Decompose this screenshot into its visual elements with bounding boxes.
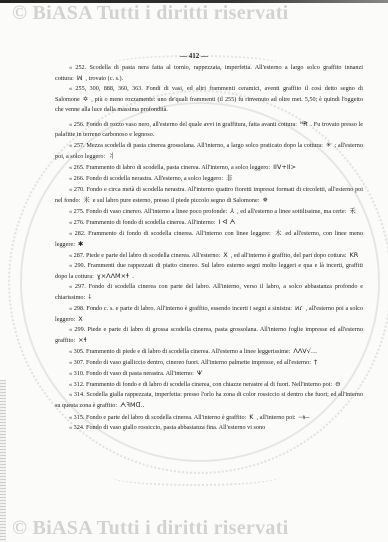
graffito-sign: I ᐊ ᗅ xyxy=(219,218,236,226)
entry-265: « 265. Frammento di labro di scodella, p… xyxy=(55,162,363,173)
graffito-sign: ✵ xyxy=(262,196,267,204)
entry-305: « 305. Frammento di piede e di labro di … xyxy=(55,346,363,357)
entry-312: « 312. Frammento di fondo e di labro di … xyxy=(55,379,363,390)
graffito-sign: ᴺꞦ xyxy=(300,120,308,128)
entry-314: « 314. Scodella gialla rappezzata, imper… xyxy=(55,390,363,411)
entry-298: « 298. Fondo c. s. e parte di labro. All… xyxy=(55,303,363,325)
graffito-sign: ⟞⟝ xyxy=(299,413,310,421)
graffito-sign: IIV+II> xyxy=(273,163,296,171)
entry-324: « 324. Fondo di vaso giallo rossiccio, p… xyxy=(55,423,363,433)
graffito-sign: ✳ xyxy=(326,141,331,149)
entry-266: « 266. Fondo di scodella nerastra. All'e… xyxy=(55,173,363,184)
entry-252: « 252. Scodella di pasta nera fatta al t… xyxy=(55,63,363,84)
graffito-sign: X xyxy=(223,251,227,259)
entry-315: « 315. Fondo e parte del labro di scodel… xyxy=(55,412,363,423)
graffito-sign: ⽊ xyxy=(274,229,283,237)
seal-arc-bottom xyxy=(110,468,280,486)
graffito-sign: ⸸ xyxy=(88,293,91,301)
copyright-watermark-top: © BiASA Tutti i diritti riservati xyxy=(12,2,289,25)
entry-287: « 287. Piede e parte del labro di scodel… xyxy=(55,250,363,261)
copyright-watermark-bottom: © BiASA Tutti i diritti riservati xyxy=(12,517,289,540)
graffito-sign: K xyxy=(249,413,253,421)
scan-left-edge xyxy=(0,380,6,542)
graffito-sign: ΛΛV√... xyxy=(293,347,317,355)
graffito-sign: ✱ xyxy=(78,240,83,248)
entry-275: « 275. Fondo di vaso cinereo. All'intern… xyxy=(55,206,363,217)
entry-257: « 257. Mezza scodella di pasta cinerea g… xyxy=(55,140,363,162)
graffito-sign: ᴎɾ xyxy=(295,304,303,312)
graffito-sign: X xyxy=(78,315,82,323)
entry-255: « 255, 300, 888, 360, 363. Fondi di vasi… xyxy=(55,84,363,115)
entry-282: « 282. Frammento di fondo di scodella ci… xyxy=(55,228,363,250)
entry-290: « 290. Frammenti due rappezzati di piatt… xyxy=(55,261,363,282)
entry-270: « 270. Fondo e circa metà di scodella ne… xyxy=(55,185,363,206)
graffito-sign: ɣ×ΛΛM×ɬ xyxy=(97,272,129,280)
graffito-sign: ⽶ xyxy=(83,196,90,204)
graffito-sign: Ѱ xyxy=(197,369,203,377)
graffito-sign: KR xyxy=(350,251,359,259)
graffito-sign: ×ɬ xyxy=(78,336,87,344)
page-number: — 412 — xyxy=(0,52,388,60)
graffito-sign: ⽲ xyxy=(349,207,356,215)
graffito-sign: ⊖ xyxy=(335,380,340,388)
entry-276: « 276. Frammento di fondo di scodella ci… xyxy=(55,217,363,228)
graffito-sign: ✡ xyxy=(83,95,88,103)
entry-297: « 297. Fondo di scodella cinerea con par… xyxy=(55,282,363,303)
graffito-sign: ᗅꟻMᗡ.. xyxy=(120,401,145,409)
entry-299: « 299. Piede e parte di labro di grossa … xyxy=(55,325,363,346)
graffito-sign: ⺦ xyxy=(108,152,115,160)
entry-256: « 256. Fondo di rozzo vaso nero, all'est… xyxy=(55,119,363,140)
graffito-sign: ꟽ xyxy=(77,74,83,82)
entry-307: « 307. Fondo di vaso gialliccio dentro, … xyxy=(55,357,363,368)
graffito-sign: ⾮ xyxy=(226,174,233,182)
document-body: « 252. Scodella di pasta nera fatta al t… xyxy=(55,63,363,433)
entry-310: « 310. Fondo di vaso di pasta nerastra. … xyxy=(55,368,363,379)
graffito-sign: † xyxy=(314,358,317,366)
graffito-sign: ⅄ xyxy=(230,207,234,215)
